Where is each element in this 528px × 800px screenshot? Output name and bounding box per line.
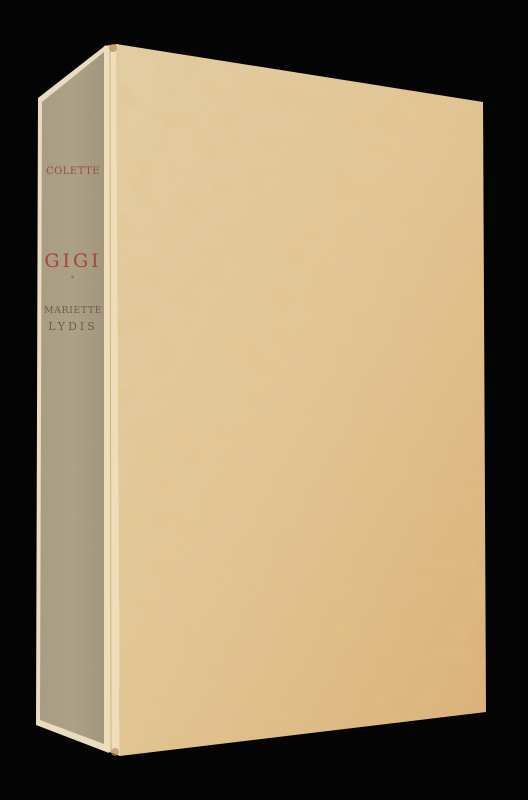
corner-wear-bottom <box>111 748 119 756</box>
slipcase-illustration <box>0 0 528 800</box>
book-photo: COLETTE GIGI * MARIETTE LYDIS <box>0 0 528 800</box>
spine-illustrator-last-name: LYDIS <box>40 320 106 333</box>
front-cover <box>116 44 486 756</box>
corner-wear-top <box>109 44 117 52</box>
spine-author: COLETTE <box>40 166 106 177</box>
spine-ornament: * <box>40 275 106 283</box>
spine-title: GIGI <box>40 250 106 272</box>
spine-illustrator-first-name: MARIETTE <box>40 305 106 316</box>
spine-panel <box>36 45 109 753</box>
